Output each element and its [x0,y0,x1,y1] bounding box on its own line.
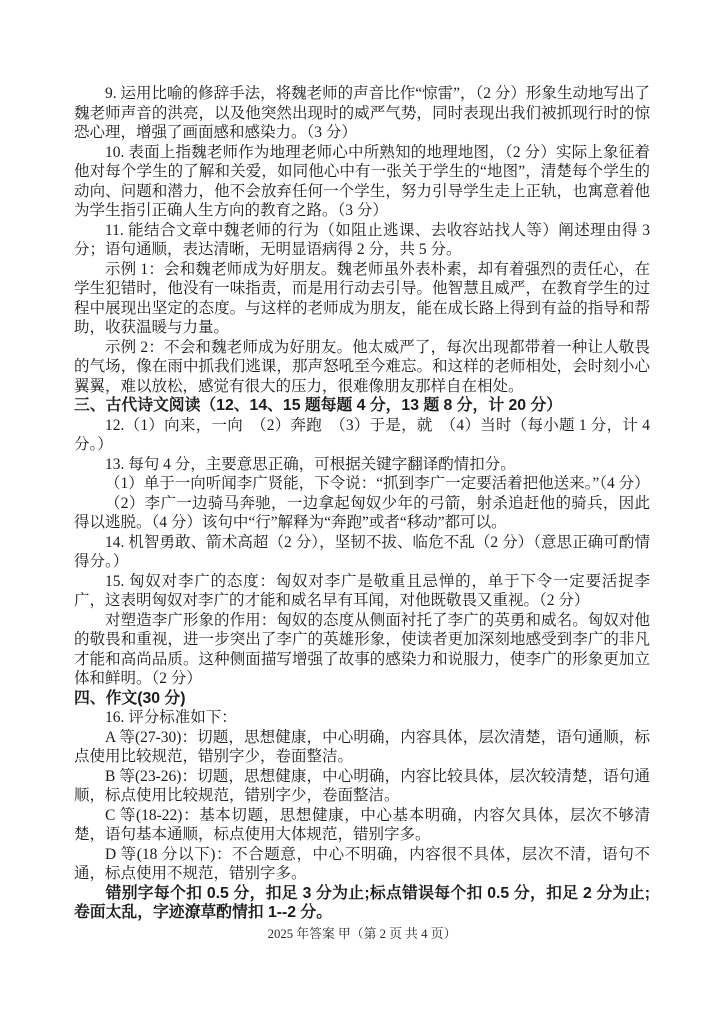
paragraph: D 等(18 分以下)：不合题意，中心不明确，内容很不具体，层次不清，语句不通，… [74,845,650,884]
paragraph: B 等(23-26)：切题，思想健康，中心明确，内容比较具体，层次较清楚，语句通… [74,767,650,806]
paragraph: 示例 1：会和魏老师成为好朋友。魏老师虽外表朴素，却有着强烈的责任心，在学生犯错… [74,260,650,338]
paragraph: 10. 表面上指魏老师作为地理老师心中所熟知的地理地图，（2 分）实际上象征着他… [74,143,650,221]
paragraph: C 等(18-22)：基本切题，思想健康，中心基本明确，内容欠具体，层次不够清楚… [74,806,650,845]
paragraph: 示例 2：不会和魏老师成为好朋友。他太威严了，每次出现都带着一种让人敬畏的气场，… [74,338,650,397]
paragraph: 对塑造李广形象的作用：匈奴的态度从侧面衬托了李广的英勇和威名。匈奴对他的敬畏和重… [74,611,650,689]
page-footer: 2025 年答案 甲（第 2 页 共 4 页） [74,926,650,943]
section-heading: 四、作文(30 分) [74,689,650,709]
answer-sheet-page: 9. 运用比喻的修辞手法，将魏老师的声音比作“惊雷”，（2 分）形象生动地写出了… [0,0,720,1017]
paragraph: 12.（1）向来，一向 （2）奔跑 （3）于是，就 （4）当时（每小题 1 分，… [74,416,650,455]
paragraph: 错别字每个扣 0.5 分，扣足 3 分为止;标点错误每个扣 0.5 分，扣足 2… [74,884,650,923]
paragraph: 13. 每句 4 分，主要意思正确，可根据关键字翻译酌情扣分。 [74,455,650,475]
paragraph: 11. 能结合文章中魏老师的行为（如阻止逃课、去收容站找人等）阐述理由得 3 分… [74,221,650,260]
section-heading: 三、古代诗文阅读（12、14、15 题每题 4 分，13 题 8 分，计 20 … [74,396,650,416]
paragraph: 16. 评分标准如下： [74,708,650,728]
paragraph: 14. 机智勇敢、箭术高超（2 分），坚韧不拔、临危不乱（2 分）（意思正确可酌… [74,533,650,572]
paragraph: A 等(27-30)：切题，思想健康，中心明确，内容具体，层次清楚，语句通顺，标… [74,728,650,767]
paragraph-list: 9. 运用比喻的修辞手法，将魏老师的声音比作“惊雷”，（2 分）形象生动地写出了… [74,84,650,923]
paragraph: （1）单于一向听闻李广贤能，下令说：“抓到李广一定要活着把他送来。”（4 分） [74,474,650,494]
paragraph: （2）李广一边骑马奔驰，一边拿起匈奴少年的弓箭，射杀追赶他的骑兵，因此得以逃脱。… [74,494,650,533]
paragraph: 9. 运用比喻的修辞手法，将魏老师的声音比作“惊雷”，（2 分）形象生动地写出了… [74,84,650,143]
paragraph: 15. 匈奴对李广的态度：匈奴对李广是敬重且忌惮的，单于下令一定要活捉李广，这表… [74,572,650,611]
